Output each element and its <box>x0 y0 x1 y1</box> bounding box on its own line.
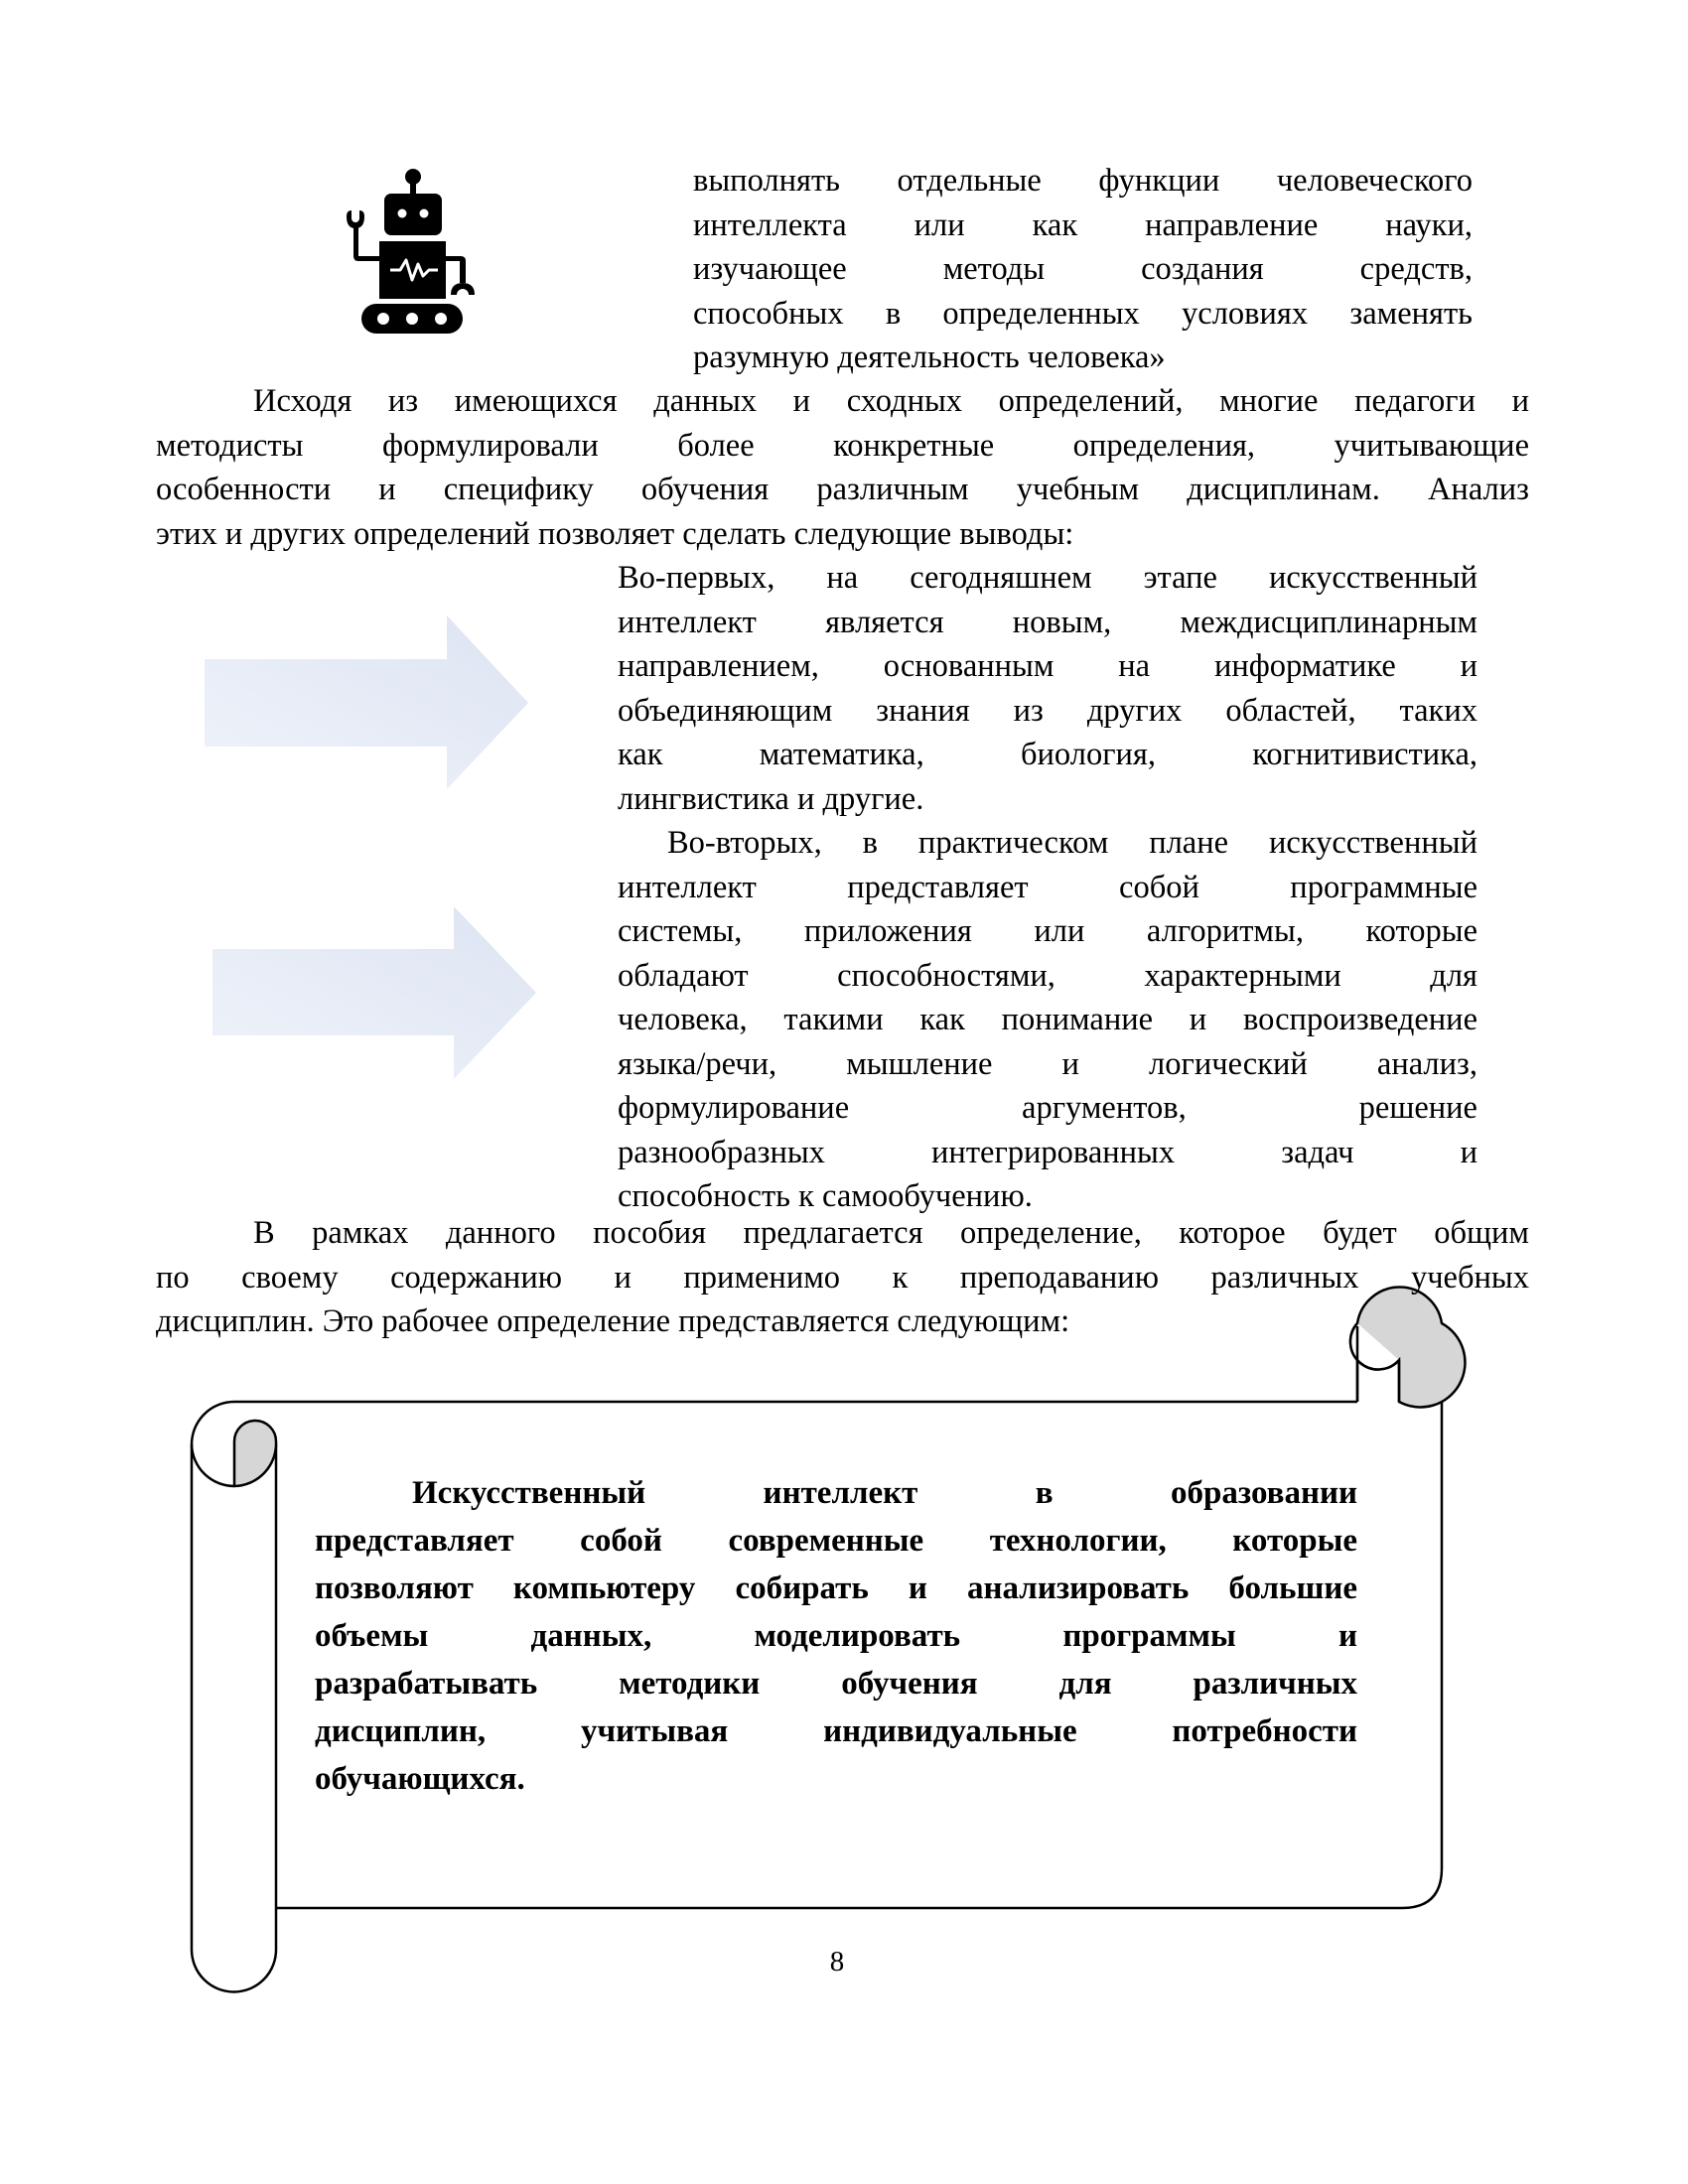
text-line: формулирование аргументов, решение <box>618 1086 1477 1131</box>
definition-text: Искусственный интеллект в образовании пр… <box>315 1469 1357 1803</box>
text-line: обладают способностями, характерными для <box>618 954 1477 999</box>
conclusion-first: Во-первых, на сегодняшнем этапе искусств… <box>618 556 1477 821</box>
right-arrow-icon <box>205 615 528 789</box>
text-line: особенности и специфику обучения различн… <box>156 468 1529 512</box>
text-line: представляет собой современные технологи… <box>315 1517 1357 1565</box>
text-line: этих и других определений позволяет сдел… <box>156 512 1529 557</box>
text-line: интеллект представляет собой программные <box>618 866 1477 910</box>
text-line: по своему содержанию и применимо к препо… <box>156 1256 1529 1300</box>
text-line: как математика, биология, когнитивистика… <box>618 733 1477 777</box>
text-line: изучающее методы создания средств, <box>693 247 1473 292</box>
quote-text: выполнять отдельные функции человеческог… <box>693 159 1473 380</box>
text-line: Исходя из имеющихся данных и сходных опр… <box>156 379 1529 424</box>
text-line: человека, такими как понимание и воспрои… <box>618 998 1477 1042</box>
text-line: интеллект является новым, междисциплинар… <box>618 601 1477 645</box>
text-line: лингвистика и другие. <box>618 777 1477 822</box>
text-line: позволяют компьютеру собирать и анализир… <box>315 1565 1357 1612</box>
text-line: выполнять отдельные функции человеческог… <box>693 159 1473 204</box>
text-line: объемы данных, моделировать программы и <box>315 1612 1357 1660</box>
paragraph-working-definition-intro: В рамках данного пособия предлагается оп… <box>156 1211 1529 1344</box>
paragraph-intro: Исходя из имеющихся данных и сходных опр… <box>156 379 1529 556</box>
text-line: В рамках данного пособия предлагается оп… <box>156 1211 1529 1256</box>
text-line: разумную деятельность человека» <box>693 336 1473 380</box>
text-line: разнообразных интегрированных задач и <box>618 1131 1477 1175</box>
text-line: объединяющим знания из других областей, … <box>618 689 1477 734</box>
right-arrow-icon <box>212 906 536 1079</box>
text-line: Во-первых, на сегодняшнем этапе искусств… <box>618 556 1477 601</box>
text-line: интеллекта или как направление науки, <box>693 204 1473 248</box>
text-line: обучающихся. <box>315 1755 1357 1803</box>
page-number: 8 <box>794 1946 880 1979</box>
conclusion-second: Во-вторых, в практическом плане искусств… <box>618 821 1477 1219</box>
text-line: дисциплин, учитывая индивидуальные потре… <box>315 1707 1357 1755</box>
text-line: языка/речи, мышление и логический анализ… <box>618 1042 1477 1087</box>
text-line: способных в определенных условиях заменя… <box>693 292 1473 337</box>
text-line: Искусственный интеллект в образовании <box>315 1469 1357 1517</box>
text-line: методисты формулировали более конкретные… <box>156 424 1529 469</box>
text-line: Во-вторых, в практическом плане искусств… <box>618 821 1477 866</box>
text-line: направлением, основанным на информатике … <box>618 644 1477 689</box>
text-line: дисциплин. Это рабочее определение предс… <box>156 1299 1529 1344</box>
text-line: системы, приложения или алгоритмы, котор… <box>618 909 1477 954</box>
text-line: разрабатывать методики обучения для разл… <box>315 1660 1357 1707</box>
